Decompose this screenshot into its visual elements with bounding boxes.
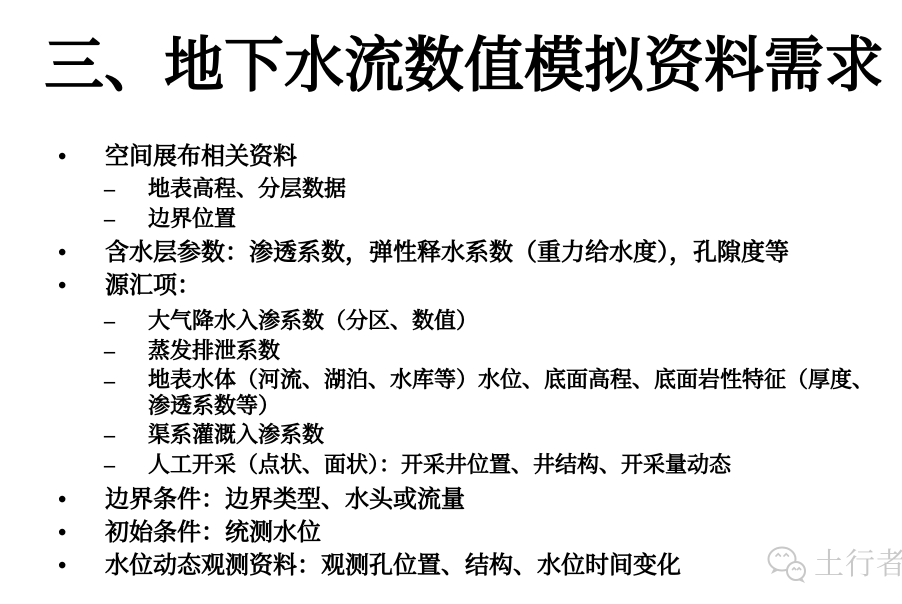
dash-icon: – [104, 421, 115, 448]
watermark-text: 土行者 [814, 545, 902, 585]
list-item: • 含水层参数：渗透系数，弹性释水系数（重力给水度），孔隙度等 [0, 238, 902, 268]
list-item-text: 源汇项： [105, 271, 902, 301]
slide-title: 三、地下水流数值模拟资料需求 [44, 18, 884, 104]
list-item-text: 人工开采（点状、面状）：开采井位置、井结构、开采量动态 [148, 451, 902, 478]
slide: 三、地下水流数值模拟资料需求 • 空间展布相关资料 – 地表高程、分层数据 – … [0, 0, 902, 604]
list-item-text: 含水层参数：渗透系数，弹性释水系数（重力给水度），孔隙度等 [105, 238, 902, 268]
bullet-icon: • [58, 518, 66, 548]
list-item-text: 地表水体（河流、湖泊、水库等）水位、底面高程、底面岩性特征（厚度、渗透系数等） [148, 367, 878, 419]
dash-icon: – [104, 337, 115, 364]
bullet-icon: • [58, 142, 66, 172]
chat-bubbles-icon [766, 544, 810, 586]
list-item: – 人工开采（点状、面状）：开采井位置、井结构、开采量动态 [0, 451, 902, 478]
list-item: – 蒸发排泄系数 [0, 337, 902, 364]
list-item-text: 蒸发排泄系数 [148, 337, 902, 364]
list-item-text: 大气降水入渗系数（分区、数值） [148, 307, 902, 334]
list-item: • 源汇项： [0, 271, 902, 301]
bullet-icon: • [58, 551, 66, 581]
dash-icon: – [104, 175, 115, 202]
dash-icon: – [104, 307, 115, 334]
list-item-text: 地表高程、分层数据 [148, 175, 902, 202]
dash-icon: – [104, 367, 115, 394]
list-item: • 边界条件：边界类型、水头或流量 [0, 485, 902, 515]
list-item: – 地表高程、分层数据 [0, 175, 902, 202]
list-item-text: 空间展布相关资料 [105, 142, 902, 172]
list-item: – 渠系灌溉入渗系数 [0, 421, 902, 448]
bullet-icon: • [58, 271, 66, 301]
bullet-icon: • [58, 238, 66, 268]
bullet-icon: • [58, 485, 66, 515]
list-item: – 地表水体（河流、湖泊、水库等）水位、底面高程、底面岩性特征（厚度、渗透系数等… [0, 367, 902, 419]
dash-icon: – [104, 205, 115, 232]
list-item-text: 渠系灌溉入渗系数 [148, 421, 902, 448]
watermark: 土行者 [766, 544, 902, 586]
list-item: • 空间展布相关资料 [0, 142, 902, 172]
list-item-text: 边界位置 [148, 205, 902, 232]
list-item: – 大气降水入渗系数（分区、数值） [0, 307, 902, 334]
list-item-text: 边界条件：边界类型、水头或流量 [105, 485, 902, 515]
list-item: – 边界位置 [0, 205, 902, 232]
dash-icon: – [104, 451, 115, 478]
